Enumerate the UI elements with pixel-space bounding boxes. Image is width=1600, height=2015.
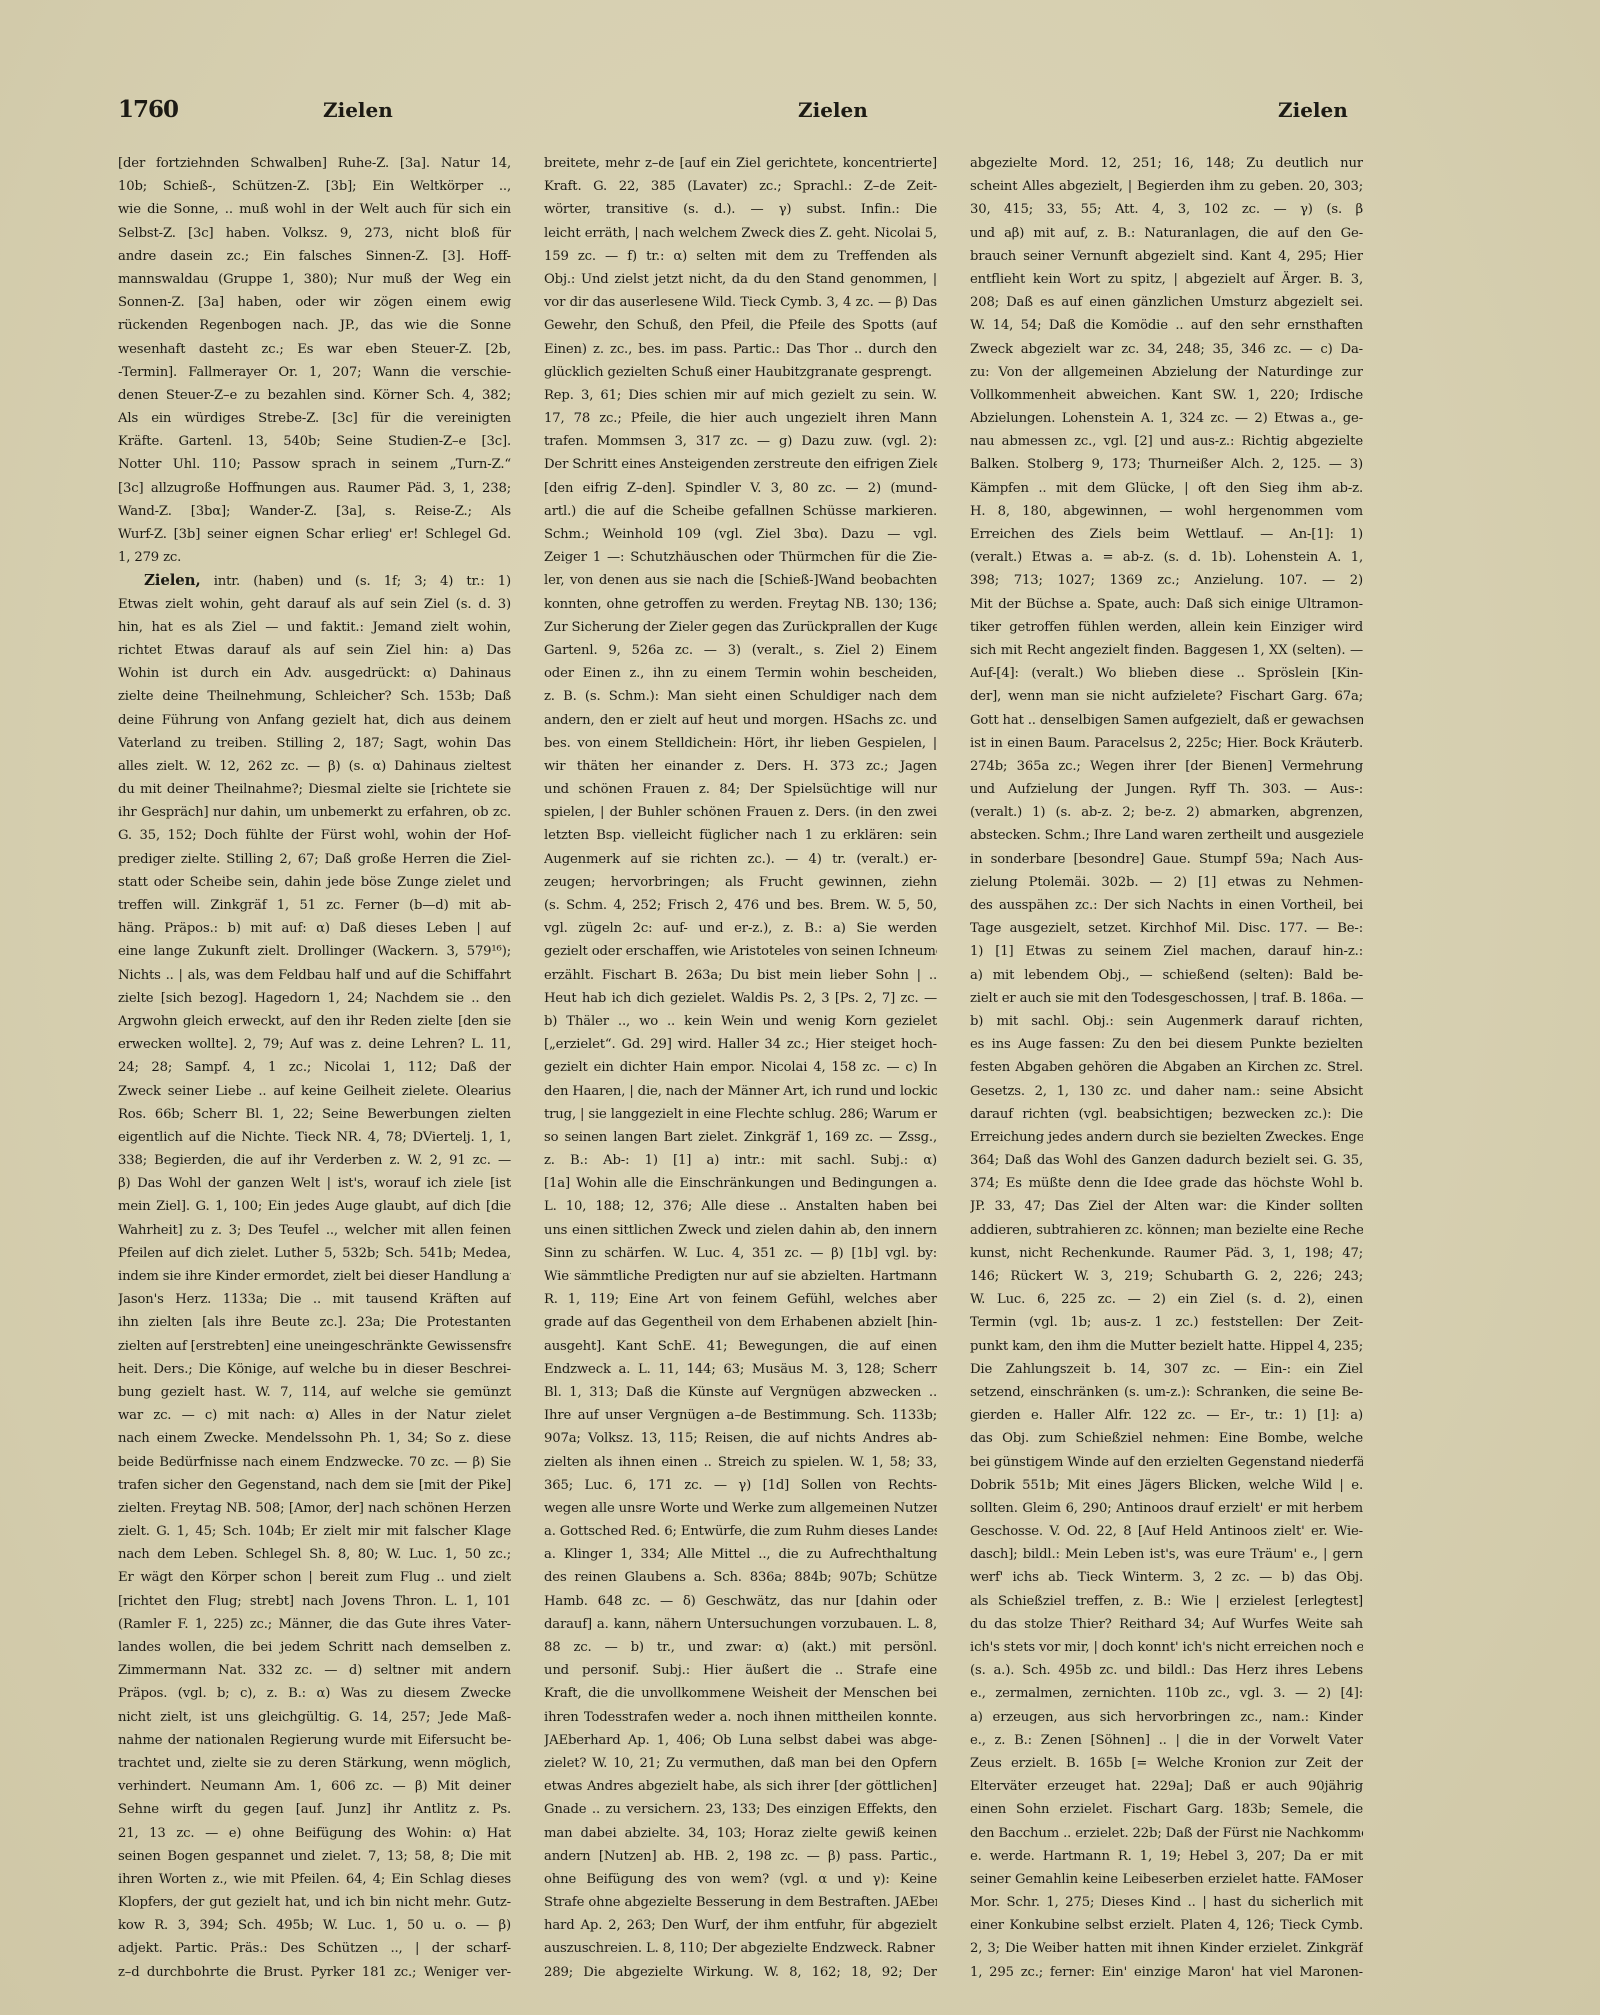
text-line: sollten. Gleim 6, 290; Antinoos drauf er…: [970, 1497, 1363, 1520]
text-line: abstecken. Schm.; Ihre Land waren zerthe…: [970, 824, 1363, 847]
text-line: adjekt. Partic. Präs.: Des Schützen .., …: [118, 1937, 511, 1960]
text-line: ihn zielten [als ihre Beute zc.]. 23a; D…: [118, 1311, 511, 1334]
text-line: glücklich gezielten Schuß einer Haubitzg…: [544, 361, 937, 384]
text-line: Zimmermann Nat. 332 zc. — d) seltner mit…: [118, 1659, 511, 1682]
text-line: (s. Schm. 4, 252; Frisch 2, 476 und bes.…: [544, 894, 937, 917]
text-line: L. 10, 188; 12, 376; Alle diese .. Ansta…: [544, 1195, 937, 1218]
text-line: festen Abgaben gehören die Abgaben an Ki…: [970, 1056, 1363, 1079]
text-line: [1a] Wohin alle die Einschränkungen und …: [544, 1172, 937, 1195]
text-line: Ihre auf unser Vergnügen a–de Bestimmung…: [544, 1404, 937, 1427]
text-line: gezielt oder erschaffen, wie Aristoteles…: [544, 940, 937, 963]
text-line: Sinn zu schärfen. W. Luc. 4, 351 zc. — β…: [544, 1242, 937, 1265]
text-line: treffen will. Zinkgräf 1, 51 zc. Ferner …: [118, 894, 511, 917]
text-line: deine Führung von Anfang gezielt hat, di…: [118, 709, 511, 732]
text-line: 146; Rückert W. 3, 219; Schubarth G. 2, …: [970, 1265, 1363, 1288]
text-line: zu: Von der allgemeinen Abzielung der Na…: [970, 361, 1363, 384]
text-line: etwas Andres abgezielt habe, als sich ih…: [544, 1775, 937, 1798]
text-line: punkt kam, den ihm die Mutter bezielt ha…: [970, 1335, 1363, 1358]
entry-headword-line: Zielen, intr. (haben) und (s. 1f; 3; 4) …: [118, 569, 511, 592]
text-line: Kämpfen .. mit dem Glücke, | oft den Sie…: [970, 477, 1363, 500]
text-line: vor dir das auserlesene Wild. Tieck Cymb…: [544, 291, 937, 314]
text-line: beide Bedürfnisse nach einem Endzwecke. …: [118, 1451, 511, 1474]
text-line: zielet? W. 10, 21; Zu vermuthen, daß man…: [544, 1752, 937, 1775]
text-line: e. werde. Hartmann R. 1, 19; Hebel 3, 20…: [970, 1845, 1363, 1868]
text-line: trafen. Mommsen 3, 317 zc. — g) Dazu zuw…: [544, 430, 937, 453]
text-line: [richtet den Flug; strebt] nach Jovens T…: [118, 1590, 511, 1613]
text-line: mein Ziel]. G. 1, 100; Ein jedes Auge gl…: [118, 1195, 511, 1218]
text-line: alles zielt. W. 12, 262 zc. — β) (s. α) …: [118, 755, 511, 778]
text-line: so seinen langen Bart zielet. Zinkgräf 1…: [544, 1126, 937, 1149]
text-line: ohne Beifügung des von wem? (vgl. α und …: [544, 1868, 937, 1891]
text-line: richtet Etwas darauf als auf sein Ziel h…: [118, 639, 511, 662]
text-line: Klopfers, der gut gezielt hat, und ich b…: [118, 1891, 511, 1914]
text-line: das Obj. zum Schießziel nehmen: Eine Bom…: [970, 1427, 1363, 1450]
text-line: bung gezielt hast. W. 7, 114, auf welche…: [118, 1381, 511, 1404]
text-line: und Aufzielung der Jungen. Ryff Th. 303.…: [970, 778, 1363, 801]
text-line: Geschosse. V. Od. 22, 8 [Auf Held Antino…: [970, 1520, 1363, 1543]
text-line: Ros. 66b; Scherr Bl. 1, 22; Seine Bewerb…: [118, 1103, 511, 1126]
text-line: Vaterland zu treiben. Stilling 2, 187; S…: [118, 732, 511, 755]
text-line: Zeus erzielt. B. 165b [= Welche Kronion …: [970, 1752, 1363, 1775]
text-line: den Bacchum .. erzielet. 22b; Daß der Fü…: [970, 1822, 1363, 1845]
text-line: artl.) die auf die Scheibe gefallnen Sch…: [544, 500, 937, 523]
text-line: rückenden Regenbogen nach. JP., das wie …: [118, 314, 511, 337]
text-line: Notter Uhl. 110; Passow sprach in seinem…: [118, 453, 511, 476]
text-line: 2, 3; Die Weiber hatten mit ihnen Kinder…: [970, 1937, 1363, 1960]
text-line: Obj.: Und zielst jetzt nicht, da du den …: [544, 268, 937, 291]
text-line: Elterväter erzeuget hat. 229a]; Daß er a…: [970, 1775, 1363, 1798]
text-line: 338; Begierden, die auf ihr Verderben z.…: [118, 1149, 511, 1172]
text-line: 88 zc. — b) tr., und zwar: α) (akt.) mit…: [544, 1636, 937, 1659]
column-right: abgezielte Mord. 12, 251; 16, 148; Zu de…: [970, 152, 1363, 1984]
text-line: (veralt.) Etwas a. = ab-z. (s. d. 1b). L…: [970, 546, 1363, 569]
text-line: 289; Die abgezielte Wirkung. W. 8, 162; …: [544, 1961, 937, 1984]
text-line: Zur Sicherung der Zieler gegen das Zurüc…: [544, 616, 937, 639]
text-line: setzend, einschränken (s. um-z.): Schran…: [970, 1381, 1363, 1404]
text-line: 374; Es müßte denn die Idee grade das hö…: [970, 1172, 1363, 1195]
text-line: z. B.: Ab-: 1) [1] a) intr.: mit sachl. …: [544, 1149, 937, 1172]
text-line: spielen, | der Buhler schönen Frauen z. …: [544, 801, 937, 824]
text-line: Zweck abgezielt war zc. 34, 248; 35, 346…: [970, 338, 1363, 361]
text-line: W. 14, 54; Daß die Komödie .. auf den se…: [970, 314, 1363, 337]
text-line: 364; Daß das Wohl des Ganzen dadurch bez…: [970, 1149, 1363, 1172]
text-line: wörter, transitive (s. d.). — γ) subst. …: [544, 198, 937, 221]
text-line: Als ein würdiges Strebe-Z. [3c] für die …: [118, 407, 511, 430]
text-line: Wurf-Z. [3b] seiner eignen Schar erlieg'…: [118, 523, 511, 546]
text-line: hin, hat es als Ziel — und faktit.: Jema…: [118, 616, 511, 639]
text-line: e., zermalmen, zernichten. 110b zc., vgl…: [970, 1682, 1363, 1705]
text-line: andern [Nutzen] ab. HB. 2, 198 zc. — β) …: [544, 1845, 937, 1868]
text-line: a) erzeugen, aus sich hervorbringen zc.,…: [970, 1706, 1363, 1729]
text-line: einen Sohn erzielet. Fischart Garg. 183b…: [970, 1798, 1363, 1821]
text-line: 1, 279 zc.: [118, 546, 511, 569]
text-line: Gnade .. zu versichern. 23, 133; Des ein…: [544, 1798, 937, 1821]
text-line: Er wägt den Körper schon | bereit zum Fl…: [118, 1566, 511, 1589]
text-line: verhindert. Neumann Am. 1, 606 zc. — β) …: [118, 1775, 511, 1798]
text-line: R. 1, 119; Eine Art von feinem Gefühl, w…: [544, 1288, 937, 1311]
text-line: und personif. Subj.: Hier äußert die .. …: [544, 1659, 937, 1682]
text-line: dasch]; bildl.: Mein Leben ist's, was eu…: [970, 1543, 1363, 1566]
text-line: nahme der nationalen Regierung wurde mit…: [118, 1729, 511, 1752]
text-line: letzten Bsp. vielleicht füglicher nach 1…: [544, 824, 937, 847]
text-line: wie die Sonne, .. muß wohl in der Welt a…: [118, 198, 511, 221]
text-line: Gott hat .. denselbigen Samen aufgezielt…: [970, 709, 1363, 732]
text-line: Etwas zielt wohin, geht darauf als auf s…: [118, 593, 511, 616]
text-line: e., z. B.: Zenen [Söhnen] .. | die in de…: [970, 1729, 1363, 1752]
text-line: JAEberhard Ap. 1, 406; Ob Luna selbst da…: [544, 1729, 937, 1752]
text-line: a. Klinger 1, 334; Alle Mittel .., die z…: [544, 1543, 937, 1566]
text-line: Nichts .. | als, was dem Feldbau half un…: [118, 964, 511, 987]
text-line: darauf richten (vgl. beabsichtigen; bezw…: [970, 1103, 1363, 1126]
text-line: seiner Gemahlin keine Leibeserben erziel…: [970, 1868, 1363, 1891]
text-line: Die Zahlungszeit b. 14, 307 zc. — Ein-: …: [970, 1358, 1363, 1381]
running-head-right: Zielen: [1278, 98, 1348, 122]
text-line: Heut hab ich dich gezielet. Waldis Ps. 2…: [544, 987, 937, 1010]
text-line: Zeiger 1 —: Schutzhäuschen oder Thürmche…: [544, 546, 937, 569]
text-line: erwecken wollte]. 2, 79; Auf was z. dein…: [118, 1033, 511, 1056]
text-line: Rep. 3, 61; Dies schien mir auf mich gez…: [544, 384, 937, 407]
text-line: nach dem Leben. Schlegel Sh. 8, 80; W. L…: [118, 1543, 511, 1566]
text-line: 365; Luc. 6, 171 zc. — γ) [1d] Sollen vo…: [544, 1474, 937, 1497]
text-line: Auf-[4]: (veralt.) Wo blieben diese .. S…: [970, 662, 1363, 685]
text-line: Gesetzs. 2, 1, 130 zc. und daher nam.: s…: [970, 1080, 1363, 1103]
text-line: (Ramler F. 1, 225) zc.; Männer, die das …: [118, 1613, 511, 1636]
text-line: mannswaldau (Gruppe 1, 380); Nur muß der…: [118, 268, 511, 291]
text-line: Dobrik 551b; Mit eines Jägers Blicken, w…: [970, 1474, 1363, 1497]
text-line: ihren Worten z., wie mit Pfeilen. 64, 4;…: [118, 1868, 511, 1891]
text-line: Schm.; Weinhold 109 (vgl. Ziel 3bα). Daz…: [544, 523, 937, 546]
text-line: W. Luc. 6, 225 zc. — 2) ein Ziel (s. d. …: [970, 1288, 1363, 1311]
text-line: entflieht kein Wort zu spitz, | abgeziel…: [970, 268, 1363, 291]
text-line: gezielt ein dichter Hain empor. Nicolai …: [544, 1056, 937, 1079]
text-line: zielten auf [erstrebten] eine uneingesch…: [118, 1335, 511, 1358]
text-line: [„erzielet“. Gd. 29] wird. Haller 34 zc.…: [544, 1033, 937, 1056]
text-line: andre dasein zc.; Ein falsches Sinnen-Z.…: [118, 245, 511, 268]
text-line: b) Thäler .., wo .. kein Wein und wenig …: [544, 1010, 937, 1033]
text-line: vgl. zügeln 2c: auf- und er-z.), z. B.: …: [544, 917, 937, 940]
text-line: Argwohn gleich erweckt, auf den ihr Rede…: [118, 1010, 511, 1033]
text-line: Endzweck a. L. 11, 144; 63; Musäus M. 3,…: [544, 1358, 937, 1381]
running-head-center: Zielen: [798, 98, 868, 122]
text-line: auszuschreien. L. 8, 110; Der abgezielte…: [544, 1937, 937, 1960]
text-line: H. 8, 180, abgewinnen, — wohl hergenomme…: [970, 500, 1363, 523]
text-line: Hamb. 648 zc. — δ) Geschwätz, das nur [d…: [544, 1590, 937, 1613]
text-line: 17, 78 zc.; Pfeile, die hier auch ungezi…: [544, 407, 937, 430]
text-line: [der fortziehnden Schwalben] Ruhe-Z. [3a…: [118, 152, 511, 175]
text-line: 159 zc. — f) tr.: α) selten mit dem zu T…: [544, 245, 937, 268]
text-line: indem sie ihre Kinder ermordet, zielt be…: [118, 1265, 511, 1288]
text-line: nicht zielt, ist uns gleichgültig. G. 14…: [118, 1706, 511, 1729]
text-line: trafen sicher den Gegenstand, nach dem s…: [118, 1474, 511, 1497]
text-line: Der Schritt eines Ansteigenden zerstreut…: [544, 453, 937, 476]
text-line: 907a; Volksz. 13, 115; Reisen, die auf n…: [544, 1427, 937, 1450]
text-line: zeugen; hervorbringen; als Frucht gewinn…: [544, 871, 937, 894]
column-left: [der fortziehnden Schwalben] Ruhe-Z. [3a…: [118, 152, 511, 1984]
text-line: 398; 713; 1027; 1369 zc.; Anzielung. 107…: [970, 569, 1363, 592]
text-line: nach einem Zwecke. Mendelssohn Ph. 1, 34…: [118, 1427, 511, 1450]
text-line: 274b; 365a zc.; Wegen ihrer [der Bienen]…: [970, 755, 1363, 778]
text-line: des reinen Glaubens a. Sch. 836a; 884b; …: [544, 1566, 937, 1589]
text-line: Termin (vgl. 1b; aus-z. 1 zc.) feststell…: [970, 1311, 1363, 1334]
text-line: trachtet und, zielte sie zu deren Stärku…: [118, 1752, 511, 1775]
text-line: [3c] allzugroße Hoffnungen aus. Raumer P…: [118, 477, 511, 500]
text-line: 30, 415; 33, 55; Att. 4, 3, 102 zc. — γ)…: [970, 198, 1363, 221]
text-line: statt oder Scheibe sein, dahin jede böse…: [118, 871, 511, 894]
text-line: Kraft. G. 22, 385 (Lavater) zc.; Sprachl…: [544, 175, 937, 198]
text-line: Mit der Büchse a. Spate, auch: Daß sich …: [970, 593, 1363, 616]
text-line: als Schießziel treffen, z. B.: Wie | erz…: [970, 1590, 1363, 1613]
text-line: denen Steuer-Z–e zu bezahlen sind. Körne…: [118, 384, 511, 407]
text-line: Abzielungen. Lohenstein A. 1, 324 zc. — …: [970, 407, 1363, 430]
text-line: grade auf das Gegentheil von dem Erhaben…: [544, 1311, 937, 1334]
text-line: abgezielte Mord. 12, 251; 16, 148; Zu de…: [970, 152, 1363, 175]
text-line: 1, 295 zc.; ferner: Ein' einzige Maron' …: [970, 1961, 1363, 1984]
text-line: zielung Ptolemäi. 302b. — 2) [1] etwas z…: [970, 871, 1363, 894]
text-line: Wohin ist durch ein Adv. ausgedrückt: α)…: [118, 662, 511, 685]
text-line: eine lange Zukunft zielt. Drollinger (Wa…: [118, 940, 511, 963]
text-line: uns einen sittlichen Zweck und zielen da…: [544, 1219, 937, 1242]
text-line: breitete, mehr z–de [auf ein Ziel gerich…: [544, 152, 937, 175]
text-line: häng. Präpos.: b) mit auf: α) Daß dieses…: [118, 917, 511, 940]
running-head-left: Zielen: [323, 98, 393, 122]
text-line: Sonnen-Z. [3a] haben, oder wir zögen ein…: [118, 291, 511, 314]
text-line: 208; Daß es auf einen gänzlichen Umsturz…: [970, 291, 1363, 314]
text-line: leicht erräth, | nach welchem Zweck dies…: [544, 222, 937, 245]
text-line: [den eifrig Z–den]. Spindler V. 3, 80 zc…: [544, 477, 937, 500]
text-line: Balken. Stolberg 9, 173; Thurneißer Alch…: [970, 453, 1363, 476]
text-line: oder Einen z., ihn zu einem Termin wohin…: [544, 662, 937, 685]
text-line: Kräfte. Gartenl. 13, 540b; Seine Studien…: [118, 430, 511, 453]
text-line: kunst, nicht Rechenkunde. Raumer Päd. 3,…: [970, 1242, 1363, 1265]
text-line: eigentlich auf die Nichte. Tieck NR. 4, …: [118, 1126, 511, 1149]
text-line: Wie sämmtliche Predigten nur auf sie abz…: [544, 1265, 937, 1288]
text-line: Jason's Herz. 1133a; Die .. mit tausend …: [118, 1288, 511, 1311]
text-line: nau abmessen zc., vgl. [2] und aus-z.: R…: [970, 430, 1363, 453]
text-line: zielt er auch sie mit den Todesgeschosse…: [970, 987, 1363, 1010]
text-line: Vollkommenheit abweichen. Kant SW. 1, 22…: [970, 384, 1363, 407]
text-line: 10b; Schieß-, Schützen-Z. [3b]; Ein Welt…: [118, 175, 511, 198]
text-line: ist in einen Baum. Paracelsus 2, 225c; H…: [970, 732, 1363, 755]
text-line: (veralt.) 1) (s. ab-z. 2; be-z. 2) abmar…: [970, 801, 1363, 824]
text-line: werf' ichs ab. Tieck Winterm. 3, 2 zc. —…: [970, 1566, 1363, 1589]
text-line: JP. 33, 47; Das Ziel der Alten war: die …: [970, 1195, 1363, 1218]
text-line: gierden e. Haller Alfr. 122 zc. — Er-, t…: [970, 1404, 1363, 1427]
text-line: zielt. G. 1, 45; Sch. 104b; Er zielt mir…: [118, 1520, 511, 1543]
text-line: a. Gottsched Red. 6; Entwürfe, die zum R…: [544, 1520, 937, 1543]
text-line: konnten, ohne getroffen zu werden. Freyt…: [544, 593, 937, 616]
text-line: Wand-Z. [3bα]; Wander-Z. [3a], s. Reise-…: [118, 500, 511, 523]
text-line: 21, 13 zc. — e) ohne Beifügung des Wohin…: [118, 1822, 511, 1845]
text-line: z. B. (s. Schm.): Man sieht einen Schuld…: [544, 685, 937, 708]
text-line: zielte deine Theilnehmung, Schleicher? S…: [118, 685, 511, 708]
text-line: es ins Auge fassen: Zu den bei diesem Pu…: [970, 1033, 1363, 1056]
text-line: Kraft, die die unvollkommene Weisheit de…: [544, 1682, 937, 1705]
text-line: Wahrheit] zu z. 3; Des Teufel .., welche…: [118, 1219, 511, 1242]
text-line: G. 35, 152; Doch fühlte der Fürst wohl, …: [118, 824, 511, 847]
text-line: Erreichung jedes andern durch sie beziel…: [970, 1126, 1363, 1149]
headword: Zielen,: [144, 571, 201, 589]
text-line: einer Konkubine selbst erzielt. Platen 4…: [970, 1914, 1363, 1937]
text-line: β) Das Wohl der ganzen Welt | ist's, wor…: [118, 1172, 511, 1195]
dictionary-columns: [der fortziehnden Schwalben] Ruhe-Z. [3a…: [118, 152, 1363, 1984]
text-line: ihr Gespräch] nur dahin, um unbemerkt zu…: [118, 801, 511, 824]
text-line: bes. von einem Stelldichein: Hört, ihr l…: [544, 732, 937, 755]
text-line: Präpos. (vgl. b; c), z. B.: α) Was zu di…: [118, 1682, 511, 1705]
text-line: war zc. — c) mit nach: α) Alles in der N…: [118, 1404, 511, 1427]
text-line: (s. a.). Sch. 495b zc. und bildl.: Das H…: [970, 1659, 1363, 1682]
text-line: und schönen Frauen z. 84; Der Spielsücht…: [544, 778, 937, 801]
text-line: und aβ) mit auf, z. B.: Naturanlagen, di…: [970, 222, 1363, 245]
text-line: in sonderbare [besondre] Gaue. Stumpf 59…: [970, 848, 1363, 871]
text-line: den Haaren, | die, nach der Männer Art, …: [544, 1080, 937, 1103]
text-line: sich mit Recht angezielt finden. Baggese…: [970, 639, 1363, 662]
text-line: 24; 28; Sampf. 4, 1 zc.; Nicolai 1, 112;…: [118, 1056, 511, 1079]
column-middle: breitete, mehr z–de [auf ein Ziel gerich…: [544, 152, 937, 1984]
text-line: brauch seiner Vernunft abgezielt sind. K…: [970, 245, 1363, 268]
text-line: z–d durchbohrte die Brust. Pyrker 181 zc…: [118, 1961, 511, 1984]
text-line: a) mit lebendem Obj., — schießend (selte…: [970, 964, 1363, 987]
text-line: Selbst-Z. [3c] haben. Volksz. 9, 273, ni…: [118, 222, 511, 245]
text-line: Augenmerk auf sie richten zc.). — 4) tr.…: [544, 848, 937, 871]
text-line: Sehne wirft du gegen [auf. Junz] ihr Ant…: [118, 1798, 511, 1821]
text-line: Pfeilen auf dich zielet. Luther 5, 532b;…: [118, 1242, 511, 1265]
text-line: erzählt. Fischart B. 263a; Du bist mein …: [544, 964, 937, 987]
text-line: wegen alle unsre Worte und Werke zum all…: [544, 1497, 937, 1520]
text-line: wesenhaft dasteht zc.; Es war eben Steue…: [118, 338, 511, 361]
text-line: Gartenl. 9, 526a zc. — 3) (veralt., s. Z…: [544, 639, 937, 662]
text-line: hard Ap. 2, 263; Den Wurf, der ihm entfu…: [544, 1914, 937, 1937]
text-line: ler, von denen aus sie nach die [Schieß-…: [544, 569, 937, 592]
text-line: Strafe ohne abgezielte Besserung in dem …: [544, 1891, 937, 1914]
text-line: Erreichen des Ziels beim Wettlauf. — An-…: [970, 523, 1363, 546]
text-line: Gewehr, den Schuß, den Pfeil, die Pfeile…: [544, 314, 937, 337]
text-line: -Termin]. Fallmerayer Or. 1, 207; Wann d…: [118, 361, 511, 384]
text-line: landes wollen, die bei jedem Schritt nac…: [118, 1636, 511, 1659]
text-line: zielten als ihnen einen .. Streich zu sp…: [544, 1451, 937, 1474]
text-line: zielten. Freytag NB. 508; [Amor, der] na…: [118, 1497, 511, 1520]
text-line: der], wenn man sie nicht aufzielete? Fis…: [970, 685, 1363, 708]
text-line: zielte [sich bezog]. Hagedorn 1, 24; Nac…: [118, 987, 511, 1010]
text-line: andern, den er zielt auf heut und morgen…: [544, 709, 937, 732]
text-line: ausgeht]. Kant SchE. 41; Bewegungen, die…: [544, 1335, 937, 1358]
text-line: Zweck seiner Liebe .. auf keine Geilheit…: [118, 1080, 511, 1103]
text-line: ich's stets vor mir, | doch konnt' ich's…: [970, 1636, 1363, 1659]
text-line: du mit deiner Theilnahme?; Diesmal zielt…: [118, 778, 511, 801]
text-line: Mor. Schr. 1, 275; Dieses Kind .. | hast…: [970, 1891, 1363, 1914]
text-line: kow R. 3, 394; Sch. 495b; W. Luc. 1, 50 …: [118, 1914, 511, 1937]
text-line: scheint Alles abgezielt, | Begierden ihm…: [970, 175, 1363, 198]
text-line: darauf] a. kann, nähern Untersuchungen v…: [544, 1613, 937, 1636]
text-line: addieren, subtrahieren zc. können; man b…: [970, 1219, 1363, 1242]
text-line: Bl. 1, 313; Daß die Künste auf Vergnügen…: [544, 1381, 937, 1404]
text-line: Einen) z. zc., bes. im pass. Partic.: Da…: [544, 338, 937, 361]
text-line: Tage ausgezielt, setzet. Kirchhof Mil. D…: [970, 917, 1363, 940]
text-line: b) mit sachl. Obj.: sein Augenmerk darau…: [970, 1010, 1363, 1033]
page-header: 1760 Zielen Zielen Zielen: [118, 96, 1363, 136]
text-line: tiker getroffen fühlen werden, allein ke…: [970, 616, 1363, 639]
text-line: heit. Ders.; Die Könige, auf welche bu i…: [118, 1358, 511, 1381]
text-line: wir thäten her einander z. Ders. H. 373 …: [544, 755, 937, 778]
text-line: des ausspähen zc.: Der sich Nachts in ei…: [970, 894, 1363, 917]
text-line: bei günstigem Winde auf den erzielten Ge…: [970, 1451, 1363, 1474]
text-line: 1) [1] Etwas zu seinem Ziel machen, dara…: [970, 940, 1363, 963]
text-line: trug, | sie langgezielt in eine Flechte …: [544, 1103, 937, 1126]
text-line: du das stolze Thier? Reithard 34; Auf Wu…: [970, 1613, 1363, 1636]
page-number: 1760: [118, 96, 178, 123]
text-line: man dabei abzielte. 34, 103; Horaz zielt…: [544, 1822, 937, 1845]
text-line: ihren Todesstrafen weder a. noch ihnen m…: [544, 1706, 937, 1729]
text-line: prediger zielte. Stilling 2, 67; Daß gro…: [118, 848, 511, 871]
text-line: seinen Bogen gespannet und zielet. 7, 13…: [118, 1845, 511, 1868]
